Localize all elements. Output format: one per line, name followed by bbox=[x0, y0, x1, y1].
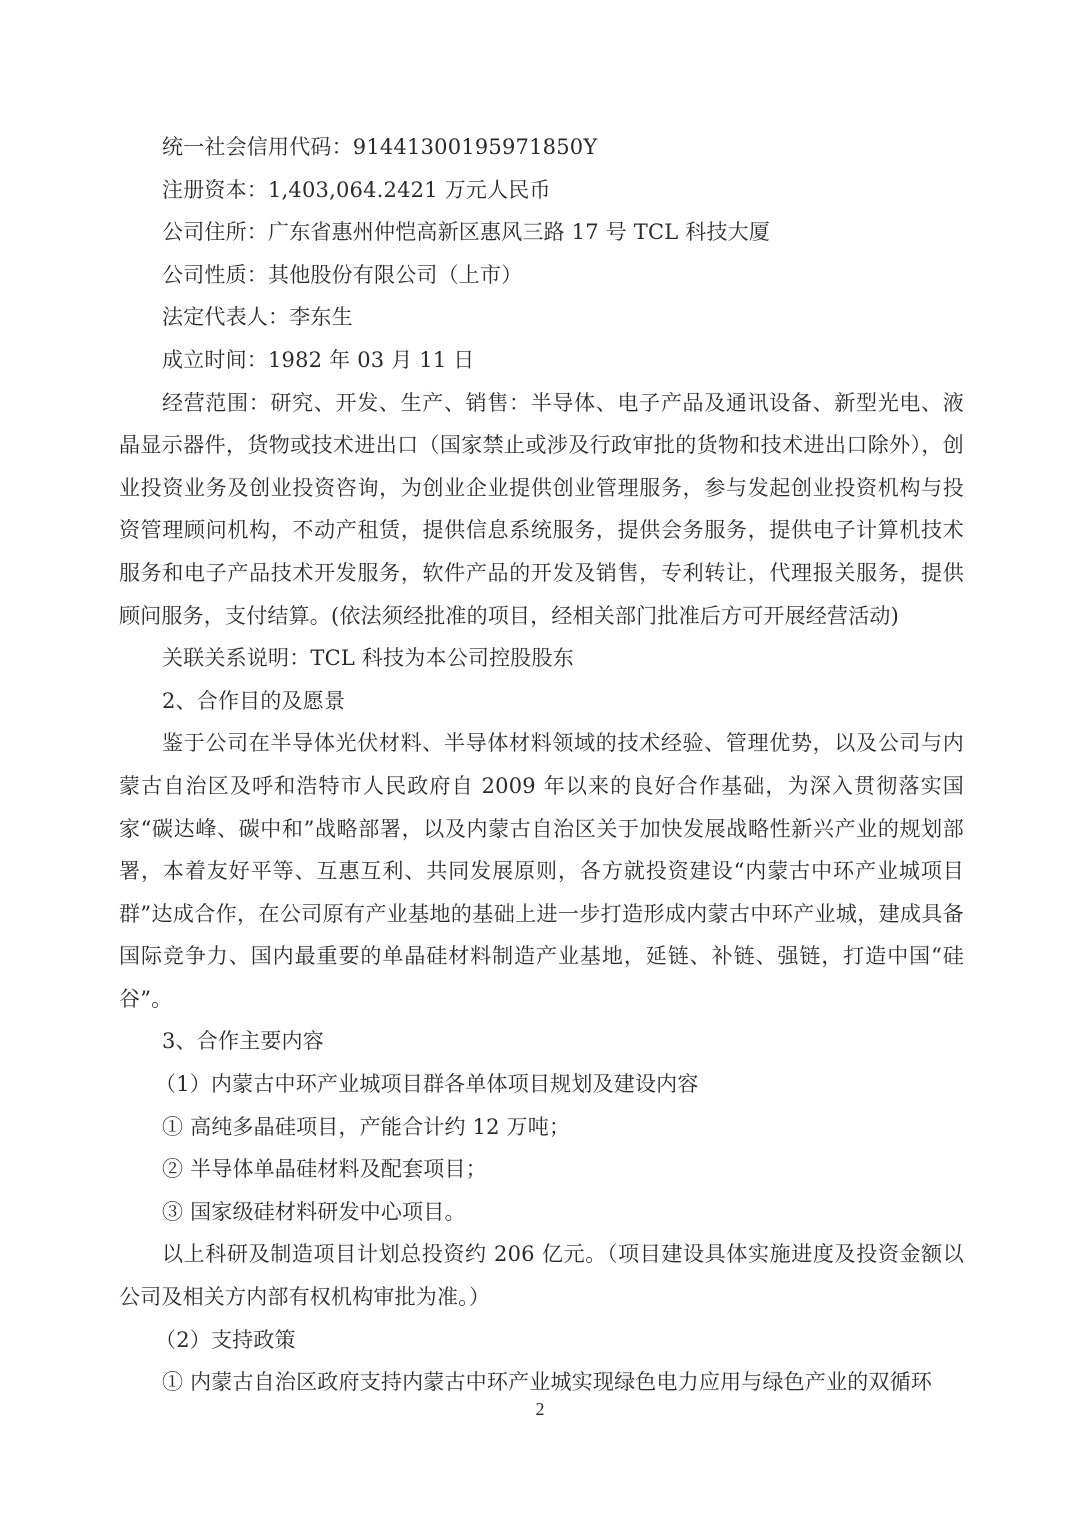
established-date: 成立时间：1982 年 03 月 11 日 bbox=[119, 339, 964, 382]
investment-note: 以上科研及制造项目计划总投资约 206 亿元。（项目建设具体实施进度及投资金额以… bbox=[119, 1233, 964, 1318]
project-item-1: ① 高纯多晶硅项目，产能合计约 12 万吨； bbox=[119, 1106, 964, 1149]
document-page: 统一社会信用代码：91441300195971850Y 注册资本：1,403,0… bbox=[119, 126, 964, 1404]
policy-item-1: ① 内蒙古自治区政府支持内蒙古中环产业城实现绿色电力应用与绿色产业的双循环 bbox=[119, 1361, 964, 1404]
project-item-2: ② 半导体单晶硅材料及配套项目； bbox=[119, 1148, 964, 1191]
section-2-body: 鉴于公司在半导体光伏材料、半导体材料领域的技术经验、管理优势，以及公司与内蒙古自… bbox=[119, 722, 964, 1020]
project-item-3: ③ 国家级硅材料研发中心项目。 bbox=[119, 1191, 964, 1234]
registered-capital: 注册资本：1,403,064.2421 万元人民币 bbox=[119, 169, 964, 212]
subsection-1-heading: （1）内蒙古中环产业城项目群各单体项目规划及建设内容 bbox=[119, 1063, 964, 1106]
company-address: 公司住所：广东省惠州仲恺高新区惠风三路 17 号 TCL 科技大厦 bbox=[119, 211, 964, 254]
company-type: 公司性质：其他股份有限公司（上市） bbox=[119, 254, 964, 297]
legal-representative: 法定代表人：李东生 bbox=[119, 296, 964, 339]
page-number: 2 bbox=[0, 1399, 1080, 1420]
credit-code: 统一社会信用代码：91441300195971850Y bbox=[119, 126, 964, 169]
subsection-2-heading: （2）支持政策 bbox=[119, 1319, 964, 1362]
section-2-heading: 2、合作目的及愿景 bbox=[119, 680, 964, 723]
business-scope: 经营范围：研究、开发、生产、销售：半导体、电子产品及通讯设备、新型光电、液晶显示… bbox=[119, 382, 964, 638]
relationship-note: 关联关系说明：TCL 科技为本公司控股股东 bbox=[119, 637, 964, 680]
section-3-heading: 3、合作主要内容 bbox=[119, 1020, 964, 1063]
